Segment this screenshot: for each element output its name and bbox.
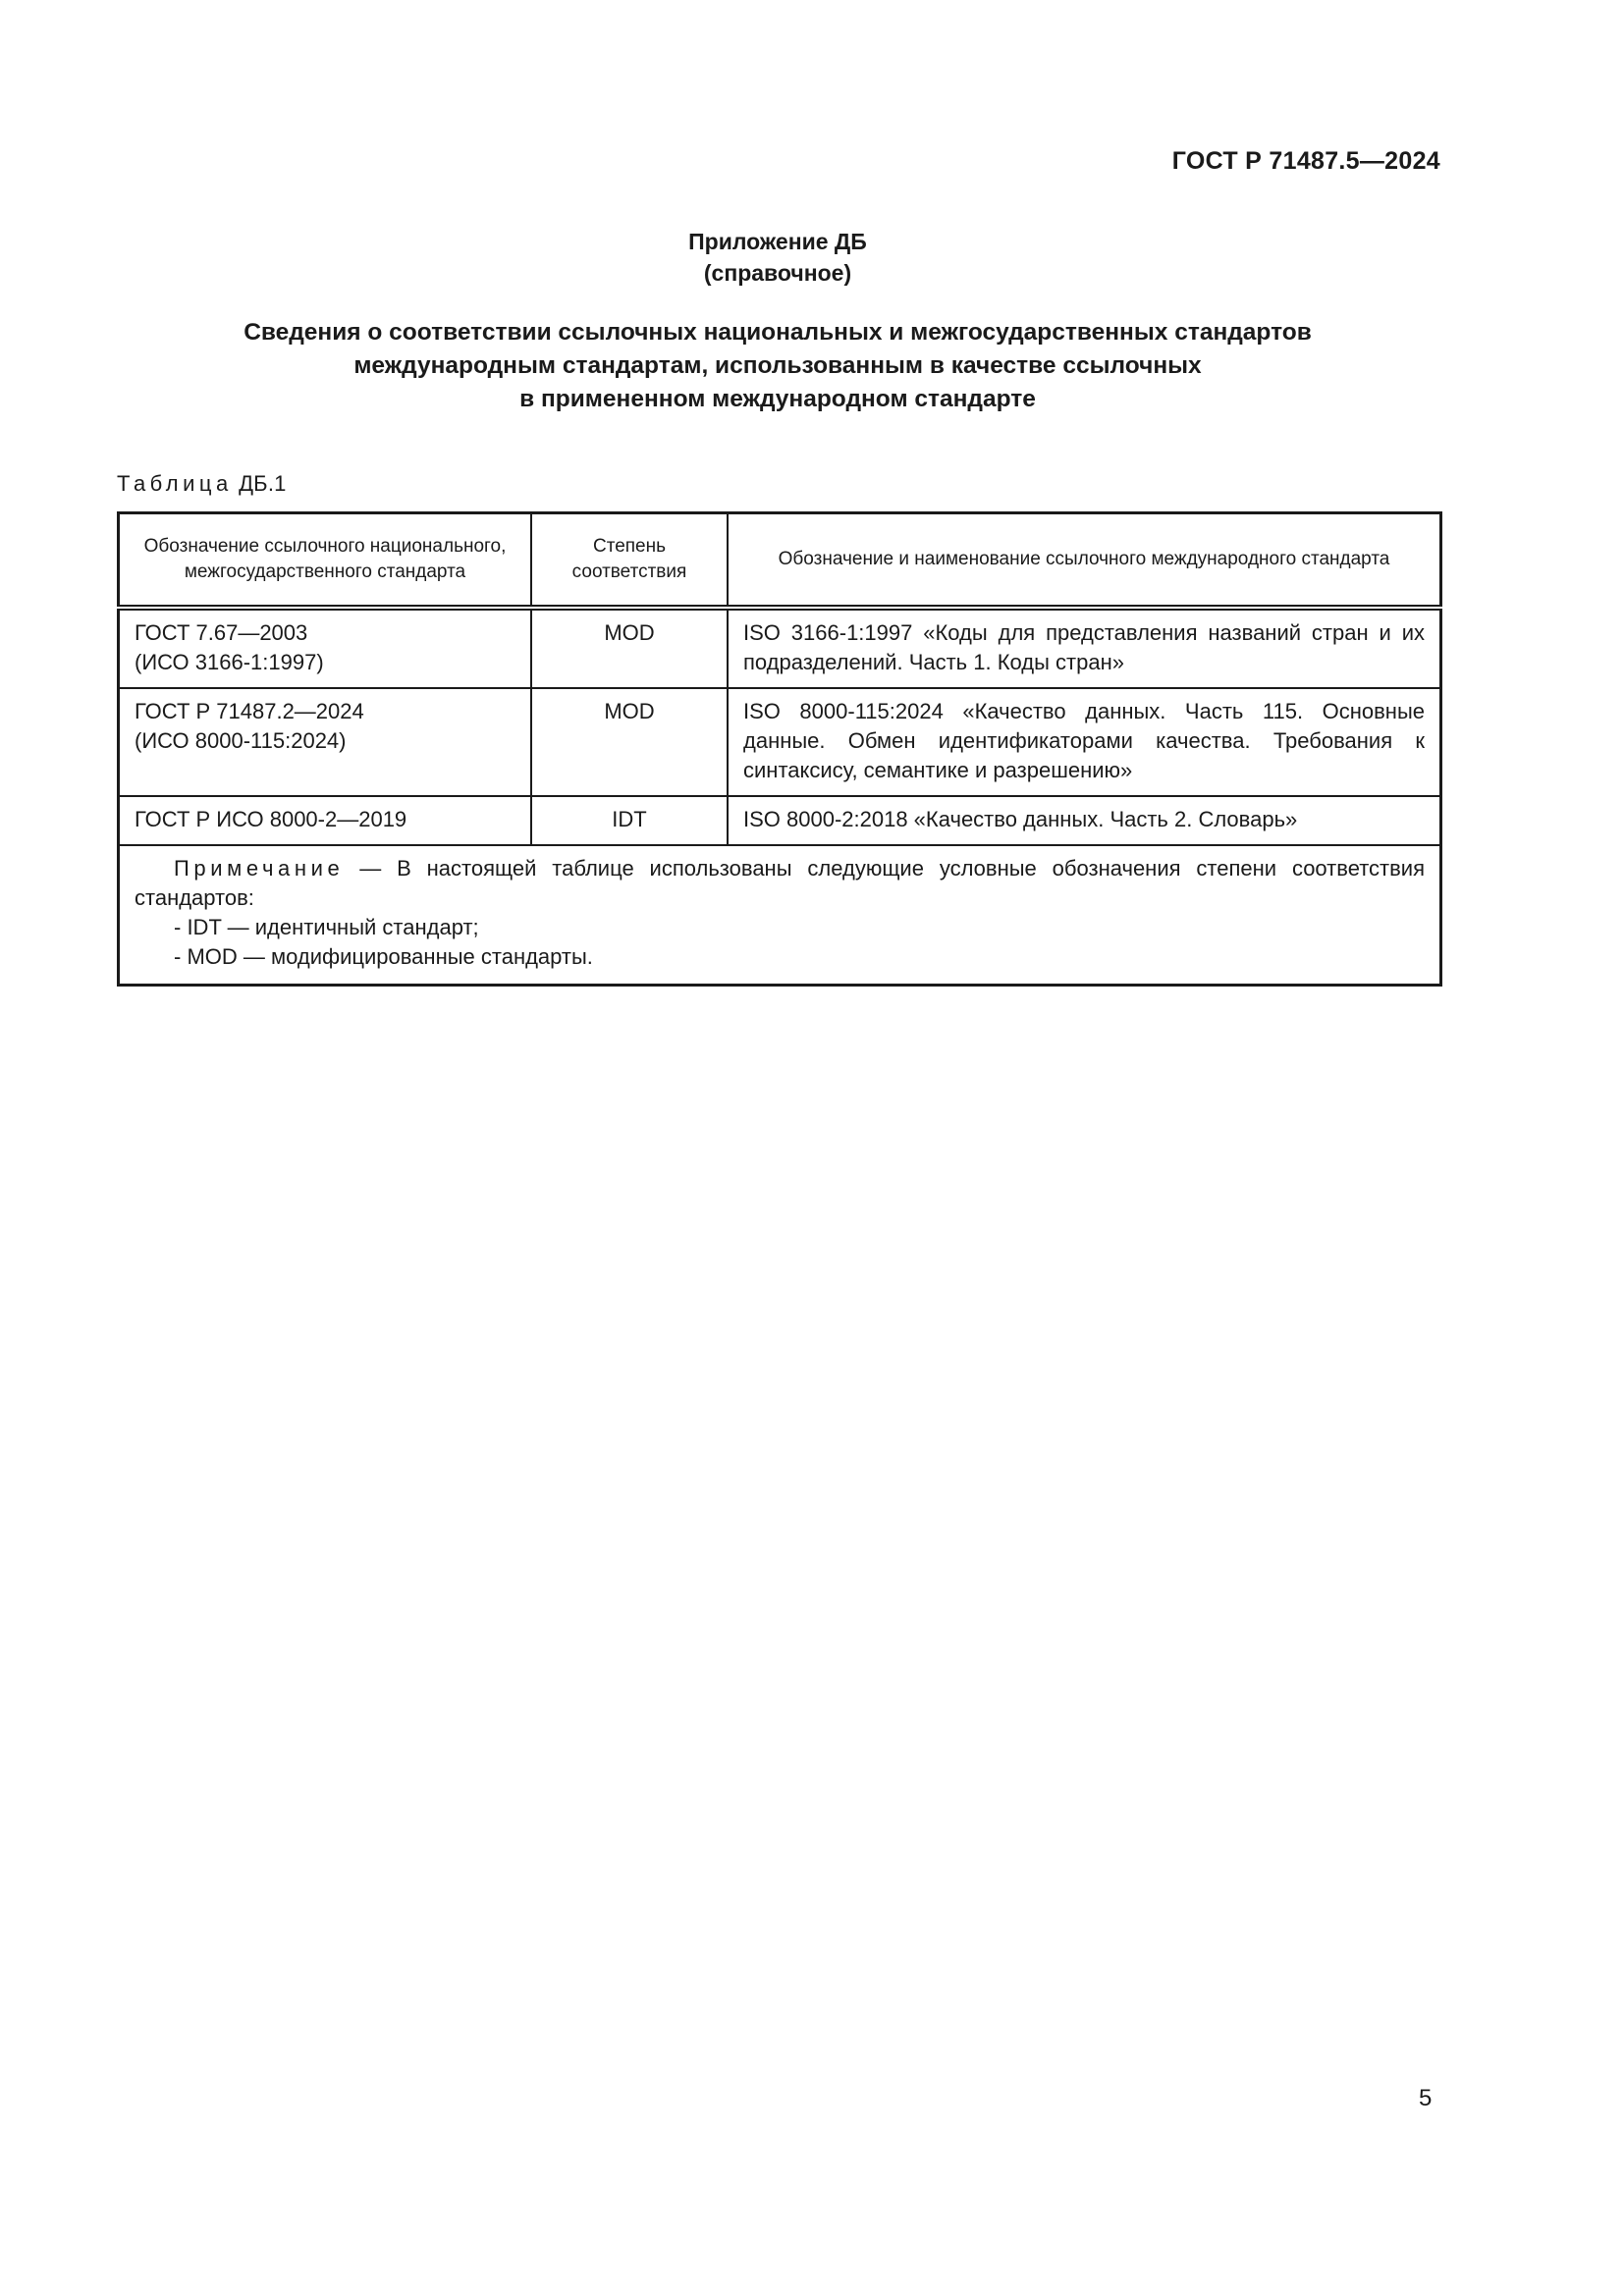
note-item-idt: - IDT — идентичный стандарт; [135,913,1425,942]
table-caption: Таблица ДБ.1 [117,471,287,497]
national-standard-code: ГОСТ 7.67—2003 [135,618,515,648]
table-caption-number: ДБ.1 [239,471,287,496]
note-text: Примечание — В настоящей таблице использ… [135,854,1425,913]
standards-correspondence-table: Обозначение ссылочного национального, ме… [117,511,1442,987]
national-standard-iso-ref: (ИСО 3166-1:1997) [135,648,515,677]
international-standard-cell: ISO 8000-2:2018 «Качество данных. Часть … [728,796,1441,845]
document-code: ГОСТ Р 71487.5—2024 [1172,147,1440,176]
national-standard-cell: ГОСТ 7.67—2003 (ИСО 3166-1:1997) [119,608,532,688]
national-standard-code: ГОСТ Р ИСО 8000-2—2019 [135,805,515,834]
column-header-international: Обозначение и наименование ссылочного ме… [728,513,1441,609]
national-standard-code: ГОСТ Р 71487.2—2024 [135,697,515,726]
degree-cell: MOD [531,608,728,688]
table-row: ГОСТ Р ИСО 8000-2—2019 IDT ISO 8000-2:20… [119,796,1441,845]
section-title-line: международным стандартам, использованным… [0,349,1555,383]
table-caption-label: Таблица [117,471,233,496]
table-row: ГОСТ Р 71487.2—2024 (ИСО 8000-115:2024) … [119,688,1441,796]
appendix-subtitle: (справочное) [0,257,1555,289]
section-title: Сведения о соответствии ссылочных национ… [0,316,1555,416]
page-number: 5 [1419,2085,1432,2112]
table-header-row: Обозначение ссылочного национального, ме… [119,513,1441,609]
degree-cell: MOD [531,688,728,796]
appendix-heading: Приложение ДБ (справочное) [0,226,1555,289]
degree-cell: IDT [531,796,728,845]
section-title-line: в примененном международном стандарте [0,383,1555,416]
international-standard-cell: ISO 8000-115:2024 «Качество данных. Част… [728,688,1441,796]
table-row: ГОСТ 7.67—2003 (ИСО 3166-1:1997) MOD ISO… [119,608,1441,688]
section-title-line: Сведения о соответствии ссылочных национ… [0,316,1555,349]
national-standard-cell: ГОСТ Р ИСО 8000-2—2019 [119,796,532,845]
national-standard-iso-ref: (ИСО 8000-115:2024) [135,726,515,756]
note-label: Примечание [174,856,344,881]
appendix-title: Приложение ДБ [0,226,1555,257]
column-header-national: Обозначение ссылочного национального, ме… [119,513,532,609]
international-standard-cell: ISO 3166-1:1997 «Коды для представления … [728,608,1441,688]
column-header-degree: Степень соответствия [531,513,728,609]
table-note-row: Примечание — В настоящей таблице использ… [119,845,1441,986]
note-item-mod: - MOD — модифицированные стандарты. [135,942,1425,972]
table-note: Примечание — В настоящей таблице использ… [119,845,1441,986]
national-standard-cell: ГОСТ Р 71487.2—2024 (ИСО 8000-115:2024) [119,688,532,796]
